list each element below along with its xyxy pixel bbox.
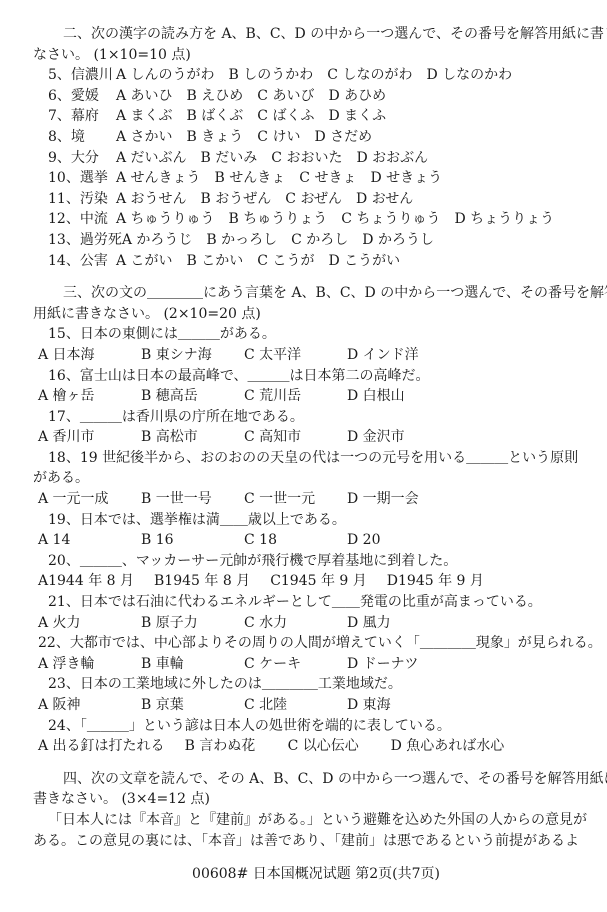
- question-number-word: 11、汚染: [48, 189, 116, 210]
- option-a: A 14: [38, 530, 141, 551]
- question-number-word: 12、中流: [48, 209, 116, 230]
- question-choices: A おうせん B おうぜん C おぜん D おせん: [116, 189, 413, 210]
- question-choices: A かろうじ B かっろし C かろし D かろうし: [122, 230, 434, 251]
- kanji-question-9: 9、大分 A だいぶん B だいみ C おおいた D おおぶん: [33, 148, 599, 169]
- kanji-question-5: 5、信濃川 A しんのうがわ B しのうかわ C しなのがわ D しなのかわ: [33, 65, 599, 86]
- option-d: D1945 年 9 月: [387, 571, 504, 592]
- question-18-line1: 18、19 世紀後半から、おのおのの天皇の代は一つの元号を用いる＿＿＿という原則: [33, 448, 599, 469]
- page-footer: 00608# 日本国概况试题 第2页(共7页): [33, 864, 599, 885]
- question-24: 24、「＿＿＿」という諺は日本人の処世術を端的に表している。: [33, 716, 599, 737]
- question-choices: A あいひ B えひめ C あいび D あひめ: [116, 86, 386, 107]
- option-d: D 20: [347, 530, 450, 551]
- reading-paragraph-line1: 「日本人には『本音』と『建前』がある。」という避難を込めた外国の人からの意見が: [33, 810, 599, 831]
- section-four-title-line1: 四、次の文章を読んで、その A、B、C、D の中から一つ選んで、その番号を解答用…: [33, 769, 599, 790]
- section-three-title-line2: 用紙に書きなさい。 (2×10=20 点): [33, 304, 599, 325]
- section-four-title-line2: 書きなさい。 (3×4=12 点): [33, 789, 599, 810]
- option-c: C ケーキ: [244, 654, 347, 675]
- question-number-word: 5、信濃川: [48, 65, 116, 86]
- section-two-title-line2: なさい。 (1×10=10 点): [33, 45, 599, 66]
- kanji-question-7: 7、幕府 A まくぶ B ばくぶ C ばくふ D まくふ: [33, 106, 599, 127]
- option-b: B 一世一号: [141, 489, 244, 510]
- kanji-question-11: 11、汚染 A おうせん B おうぜん C おぜん D おせん: [33, 189, 599, 210]
- option-b: B 京葉: [141, 695, 244, 716]
- question-choices: A まくぶ B ばくぶ C ばくふ D まくふ: [116, 106, 386, 127]
- option-d: D 東海: [347, 695, 450, 716]
- option-c: C 荒川岳: [244, 386, 347, 407]
- option-a: A 阪神: [38, 695, 141, 716]
- option-c: C 一世一元: [244, 489, 347, 510]
- option-c: C 水力: [244, 613, 347, 634]
- kanji-question-6: 6、愛媛 A あいひ B えひめ C あいび D あひめ: [33, 86, 599, 107]
- exam-page: 二、次の漢字の読み方を A、B、C、D の中から一つ選んで、その番号を解答用紙に…: [0, 0, 607, 912]
- section-three-title-line1: 三、次の文の＿＿＿＿にあう言葉を A、B、C、D の中から一つ選んで、その番号を…: [33, 283, 599, 304]
- reading-paragraph-line2: ある。この意見の裏には、「本音」は善であり、「建前」は悪であるという前提があるよ: [33, 831, 599, 852]
- question-number-word: 8、境: [48, 127, 116, 148]
- option-b: B 16: [141, 530, 244, 551]
- option-b: B 高松市: [141, 427, 244, 448]
- options-row-18: A 一元一成 B 一世一号 C 一世一元 D 一期一会: [33, 489, 599, 510]
- option-c: C 18: [244, 530, 347, 551]
- option-a: A 火力: [38, 613, 141, 634]
- question-number-word: 14、公害: [48, 251, 116, 272]
- options-row-19: A 14 B 16 C 18 D 20: [33, 530, 599, 551]
- question-21: 21、日本では石油に代わるエネルギーとして＿＿発電の比重が高まっている。: [33, 592, 599, 613]
- question-choices: A しんのうがわ B しのうかわ C しなのがわ D しなのかわ: [116, 65, 512, 86]
- section-reading: 四、次の文章を読んで、その A、B、C、D の中から一つ選んで、その番号を解答用…: [33, 769, 599, 851]
- options-row-16: A 檜ヶ岳 B 穂高岳 C 荒川岳 D 白根山: [33, 386, 599, 407]
- question-choices: A ちゅうりゅう B ちゅうりょう C ちょうりゅう D ちょうりょう: [116, 209, 554, 230]
- option-b: B 原子力: [141, 613, 244, 634]
- option-d: D 金沢市: [347, 427, 450, 448]
- option-c: C 北陸: [244, 695, 347, 716]
- option-c: C1945 年 9 月: [270, 571, 387, 592]
- section-two-title-line1: 二、次の漢字の読み方を A、B、C、D の中から一つ選んで、その番号を解答用紙に…: [33, 24, 599, 45]
- option-c: C 太平洋: [244, 345, 347, 366]
- option-a: A 日本海: [38, 345, 141, 366]
- option-a: A 檜ヶ岳: [38, 386, 141, 407]
- kanji-question-10: 10、選挙 A せんきょう B せんきょ C せきょ D せきょう: [33, 168, 599, 189]
- kanji-question-14: 14、公害 A こがい B こかい C こうが D こうがい: [33, 251, 599, 272]
- question-17: 17、＿＿＿は香川県の庁所在地である。: [33, 407, 599, 428]
- question-number-word: 9、大分: [48, 148, 116, 169]
- option-d: D 白根山: [347, 386, 450, 407]
- option-d: D 風力: [347, 613, 450, 634]
- question-choices: A さかい B きょう C けい D さだめ: [116, 127, 372, 148]
- kanji-question-12: 12、中流 A ちゅうりゅう B ちゅうりょう C ちょうりゅう D ちょうりょ…: [33, 209, 599, 230]
- question-choices: A こがい B こかい C こうが D こうがい: [116, 251, 400, 272]
- question-15: 15、日本の東側には＿＿＿がある。: [33, 324, 599, 345]
- options-row-20: A1944 年 8 月 B1945 年 8 月 C1945 年 9 月 D194…: [33, 571, 599, 592]
- options-row-22: A 浮き輪 B 車輪 C ケーキ D ドーナツ: [33, 654, 599, 675]
- kanji-question-13: 13、過労死 A かろうじ B かっろし C かろし D かろうし: [33, 230, 599, 251]
- option-b: B 車輪: [141, 654, 244, 675]
- question-choices: A せんきょう B せんきょ C せきょ D せきょう: [116, 168, 442, 189]
- option-c: C 高知市: [244, 427, 347, 448]
- options-row-17: A 香川市 B 高松市 C 高知市 D 金沢市: [33, 427, 599, 448]
- question-23: 23、日本の工業地域に外したのは＿＿＿＿工業地域だ。: [33, 674, 599, 695]
- question-22: 22、大都市では、中心部よりその周りの人間が増えていく「＿＿＿＿現象」が見られる…: [33, 633, 599, 654]
- option-b: B 言わぬ花: [185, 736, 288, 757]
- option-a: A 香川市: [38, 427, 141, 448]
- option-a: A 一元一成: [38, 489, 141, 510]
- options-row-15: A 日本海 B 東シナ海 C 太平洋 D インド洋: [33, 345, 599, 366]
- options-row-21: A 火力 B 原子力 C 水力 D 風力: [33, 613, 599, 634]
- section-kanji-readings: 二、次の漢字の読み方を A、B、C、D の中から一つ選んで、その番号を解答用紙に…: [33, 24, 599, 271]
- option-b: B 東シナ海: [141, 345, 244, 366]
- option-d: D ドーナツ: [347, 654, 450, 675]
- question-16: 16、富士山は日本の最高峰で、＿＿＿は日本第二の高峰だ。: [33, 366, 599, 387]
- question-number-word: 13、過労死: [48, 230, 122, 251]
- option-d: D インド洋: [347, 345, 450, 366]
- question-20: 20、＿＿＿、マッカーサー元帥が飛行機で厚着基地に到着した。: [33, 551, 599, 572]
- question-number-word: 10、選挙: [48, 168, 116, 189]
- option-a: A 出る釘は打たれる: [38, 736, 185, 757]
- options-row-23: A 阪神 B 京葉 C 北陸 D 東海: [33, 695, 599, 716]
- option-d: D 魚心あれば水心: [391, 736, 525, 757]
- question-18-line2: がある。: [33, 468, 599, 489]
- option-a: A1944 年 8 月: [38, 571, 154, 592]
- option-a: A 浮き輪: [38, 654, 141, 675]
- option-b: B1945 年 8 月: [154, 571, 270, 592]
- question-number-word: 6、愛媛: [48, 86, 116, 107]
- options-row-24: A 出る釘は打たれる B 言わぬ花 C 以心伝心 D 魚心あれば水心: [33, 736, 599, 757]
- kanji-question-8: 8、境 A さかい B きょう C けい D さだめ: [33, 127, 599, 148]
- question-choices: A だいぶん B だいみ C おおいた D おおぶん: [116, 148, 428, 169]
- option-b: B 穂高岳: [141, 386, 244, 407]
- section-fill-blank: 三、次の文の＿＿＿＿にあう言葉を A、B、C、D の中から一つ選んで、その番号を…: [33, 283, 599, 757]
- question-19: 19、日本では、選挙権は満＿＿歳以上である。: [33, 510, 599, 531]
- option-d: D 一期一会: [347, 489, 450, 510]
- option-c: C 以心伝心: [288, 736, 391, 757]
- question-number-word: 7、幕府: [48, 106, 116, 127]
